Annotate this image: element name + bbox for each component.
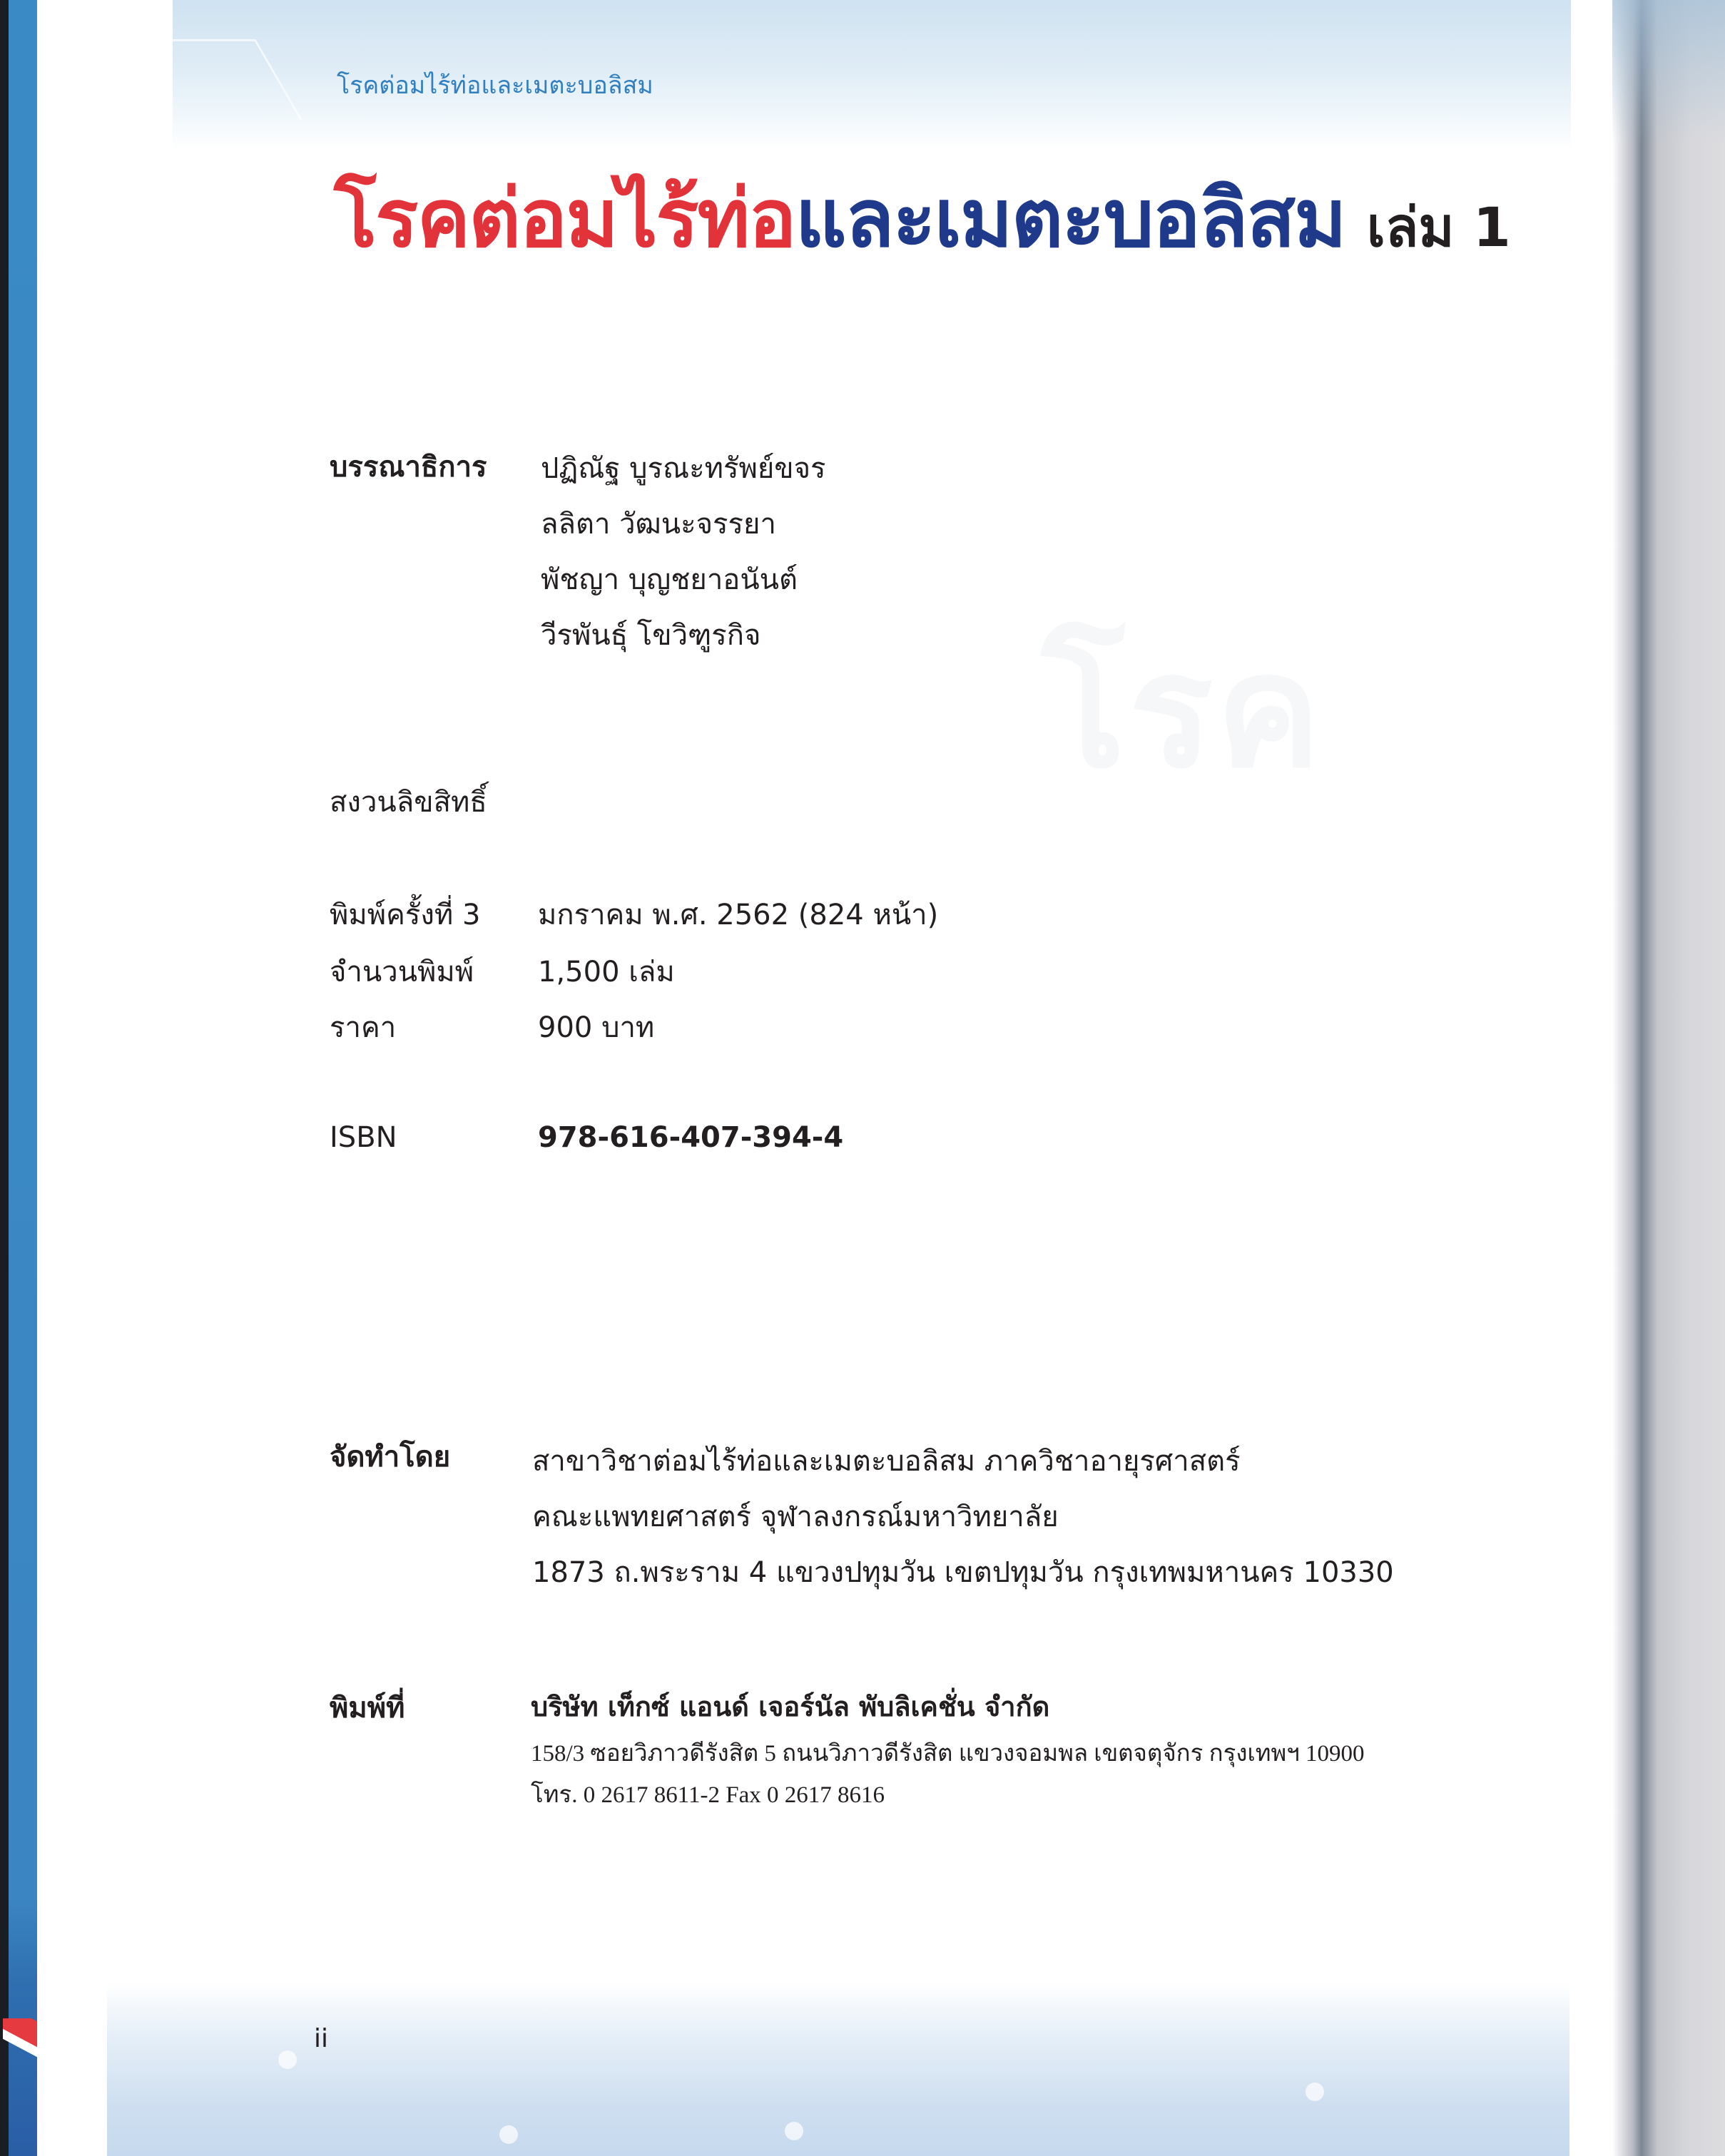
produced-by-label: จัดทำโดย bbox=[330, 1434, 450, 1479]
footer-band bbox=[107, 1983, 1569, 2156]
isbn-label: ISBN bbox=[330, 1121, 397, 1154]
editor-name: พัชญา บุญชยาอนันต์ bbox=[541, 552, 826, 608]
address-line: คณะแพทยศาสตร์ จุฬาลงกรณ์มหาวิทยาลัย bbox=[532, 1489, 1394, 1545]
watermark: โรค bbox=[1042, 585, 1324, 834]
spine-accent bbox=[3, 2018, 37, 2068]
edition-value: มกราคม พ.ศ. 2562 (824 หน้า) bbox=[538, 891, 938, 937]
copyright-notice: สงวนลิขสิทธิ์ bbox=[330, 779, 487, 824]
gutter-shadow-top bbox=[1612, 0, 1725, 143]
print-run-label: จำนวนพิมพ์ bbox=[330, 949, 474, 994]
title-red-part: โรคต่อมไร้ท่อ bbox=[334, 173, 795, 265]
editors-label: บรรณาธิการ bbox=[330, 444, 487, 489]
address-line: 1873 ถ.พระราม 4 แขวงปทุมวัน เขตปทุมวัน ก… bbox=[532, 1545, 1394, 1600]
isbn-value: 978-616-407-394-4 bbox=[538, 1121, 843, 1154]
page-margin bbox=[37, 0, 173, 2156]
running-header: โรคต่อมไร้ท่อและเมตะบอลิสม bbox=[337, 66, 653, 104]
address-line: สาขาวิชาต่อมไร้ท่อและเมตะบอลิสม ภาควิชาอ… bbox=[532, 1434, 1394, 1489]
page-number: ii bbox=[314, 2024, 328, 2053]
price-value: 900 บาท bbox=[538, 1004, 654, 1050]
edition-label: พิมพ์ครั้งที่ 3 bbox=[330, 891, 480, 937]
page-title: โรคต่อมไร้ท่อและเมตะบอลิสมเล่ม 1 bbox=[334, 171, 1511, 267]
printer-address-line: 158/3 ซอยวิภาวดีรังสิต 5 ถนนวิภาวดีรังสิ… bbox=[531, 1733, 1365, 1774]
produced-by-address: สาขาวิชาต่อมไร้ท่อและเมตะบอลิสม ภาควิชาอ… bbox=[532, 1434, 1394, 1600]
title-volume: เล่ม 1 bbox=[1367, 195, 1511, 259]
editors-list: ปฏิณัฐ บูรณะทรัพย์ขจร ลลิตา วัฒนะจรรยา พ… bbox=[541, 441, 826, 663]
printer-company: บริษัท เท็กซ์ แอนด์ เจอร์นัล พับลิเคชั่น… bbox=[531, 1685, 1049, 1728]
printer-address: 158/3 ซอยวิภาวดีรังสิต 5 ถนนวิภาวดีรังสิ… bbox=[531, 1733, 1365, 1816]
spine-edge bbox=[0, 0, 9, 2156]
printed-at-label: พิมพ์ที่ bbox=[330, 1685, 404, 1730]
editor-name: ปฏิณัฐ บูรณะทรัพย์ขจร bbox=[541, 441, 826, 496]
printer-contact-line: โทร. 0 2617 8611-2 Fax 0 2617 8616 bbox=[531, 1774, 1365, 1816]
editor-name: วีรพันธุ์ โขวิฑูรกิจ bbox=[541, 608, 826, 663]
gutter-shadow bbox=[1612, 0, 1725, 2156]
price-label: ราคา bbox=[330, 1004, 396, 1050]
editor-name: ลลิตา วัฒนะจรรยา bbox=[541, 496, 826, 552]
print-run-value: 1,500 เล่ม bbox=[538, 949, 675, 994]
spine-blue-stripe bbox=[9, 0, 37, 2156]
title-blue-part: และเมตะบอลิสม bbox=[795, 173, 1345, 265]
